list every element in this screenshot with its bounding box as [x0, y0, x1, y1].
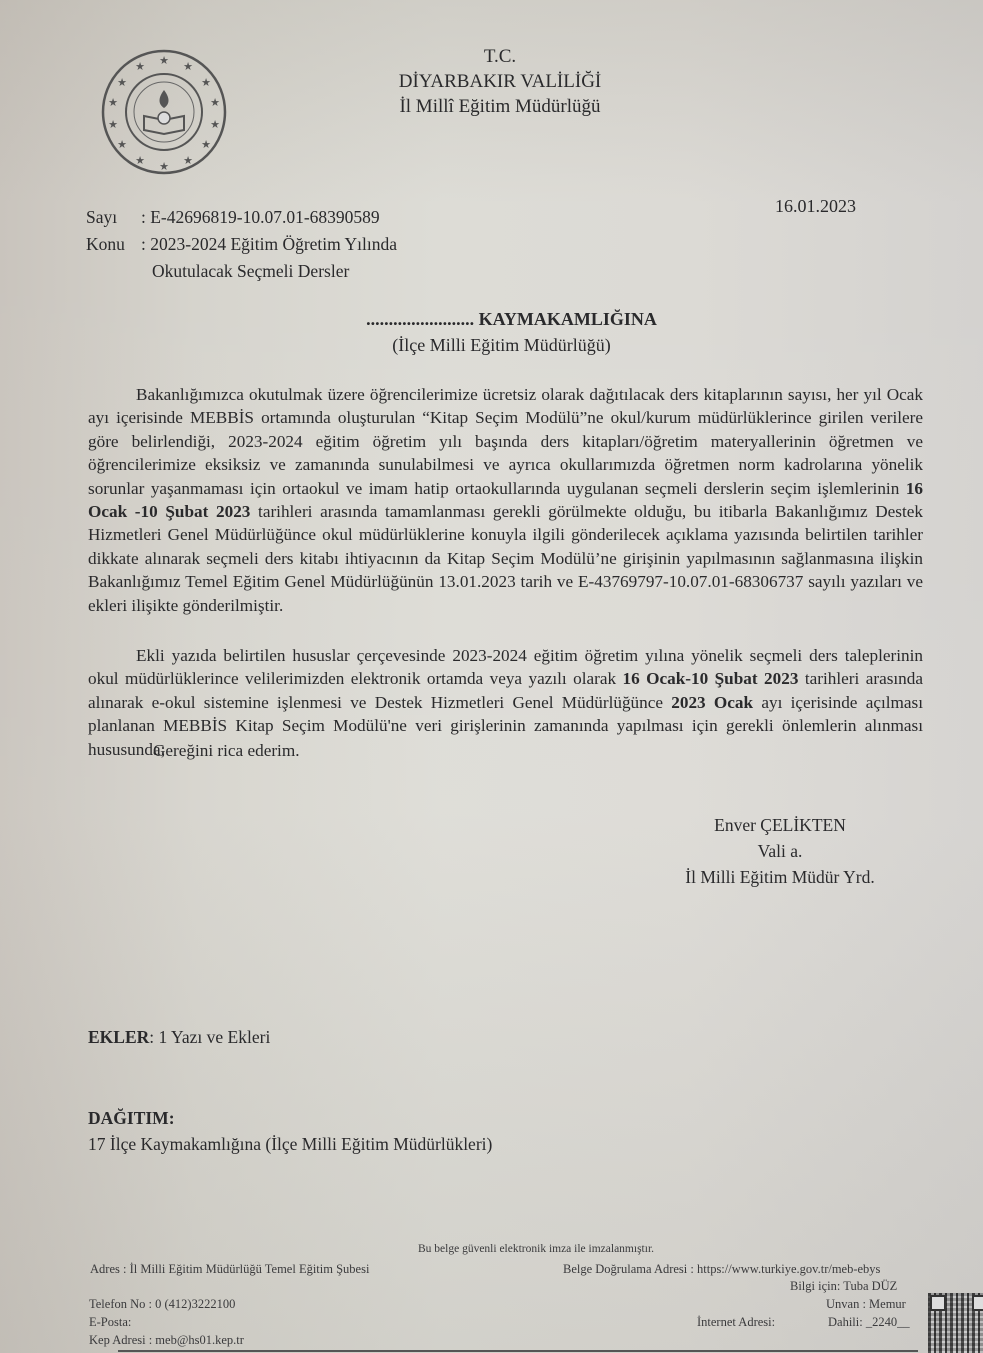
attachments: EKLER: 1 Yazı ve Ekleri — [88, 1027, 270, 1048]
svg-text:★: ★ — [210, 97, 220, 109]
svg-text:★: ★ — [117, 77, 127, 89]
body-paragraph-1: Bakanlığımızca okutulmak üzere öğrencile… — [88, 383, 923, 617]
letterhead-directorate: İl Millî Eğitim Müdürlüğü — [380, 94, 620, 119]
konu-label: Konu — [86, 231, 141, 258]
letterhead-country: T.C. — [380, 44, 620, 69]
addressee: ........................ KAYMAKAMLIĞINA … — [0, 306, 983, 358]
esign-note: Bu belge güvenli elektronik imza ile imz… — [418, 1243, 654, 1255]
signer-role-1: Vali a. — [640, 838, 920, 864]
svg-text:★: ★ — [108, 119, 118, 131]
konu-continuation: Okutulacak Seçmeli Dersler — [86, 258, 397, 285]
footer-divider — [118, 1350, 918, 1352]
footer-email: E-Posta: — [89, 1315, 131, 1330]
signer-role-2: İl Milli Eğitim Müdür Yrd. — [640, 864, 920, 890]
signature-block: Enver ÇELİKTEN Vali a. İl Milli Eğitim M… — [640, 812, 920, 890]
footer-internet: İnternet Adresi: — [697, 1315, 775, 1330]
svg-text:★: ★ — [210, 119, 220, 131]
document-date: 16.01.2023 — [775, 196, 856, 217]
signer-name: Enver ÇELİKTEN — [640, 812, 920, 838]
svg-text:★: ★ — [183, 155, 193, 167]
svg-text:★: ★ — [201, 139, 211, 151]
letterhead-governorship: DİYARBAKIR VALİLİĞİ — [380, 69, 620, 94]
distribution-title: DAĞITIM: — [88, 1108, 175, 1129]
svg-text:★: ★ — [159, 161, 169, 173]
svg-text:★: ★ — [159, 55, 169, 67]
qr-code-icon — [928, 1293, 983, 1353]
addressee-subtitle: (İlçe Milli Eğitim Müdürlüğü) — [0, 332, 983, 358]
svg-text:★: ★ — [117, 139, 127, 151]
footer-verification-url[interactable]: Belge Doğrulama Adresi : https://www.tur… — [563, 1262, 880, 1277]
footer-address: Adres : İl Milli Eğitim Müdürlüğü Temel … — [90, 1262, 369, 1277]
p1-text-a: Bakanlığımızca okutulmak üzere öğrencile… — [88, 385, 923, 498]
letterhead: T.C. DİYARBAKIR VALİLİĞİ İl Millî Eğitim… — [380, 44, 620, 119]
footer-title: Unvan : Memur — [826, 1297, 906, 1312]
svg-text:★: ★ — [201, 77, 211, 89]
footer-info-contact: Bilgi için: Tuba DÜZ — [790, 1279, 897, 1294]
attachments-label: EKLER — [88, 1027, 149, 1047]
footer-kep: Kep Adresi : meb@hs01.kep.tr — [89, 1333, 244, 1348]
addressee-title: ........................ KAYMAKAMLIĞINA — [0, 306, 983, 332]
svg-text:★: ★ — [135, 155, 145, 167]
svg-text:★: ★ — [135, 61, 145, 73]
sayi-value: : E-42696819-10.07.01-68390589 — [141, 207, 380, 227]
svg-text:★: ★ — [183, 61, 193, 73]
p2-date-range: 16 Ocak-10 Şubat 2023 — [623, 669, 799, 688]
meb-seal-icon: ★ ★ ★ ★ ★ ★ ★ ★ ★ ★ ★ ★ ★ ★ — [100, 46, 228, 178]
p2-month: 2023 Ocak — [671, 693, 753, 712]
konu-value: : 2023-2024 Eğitim Öğretim Yılında — [141, 234, 397, 254]
sayi-label: Sayı — [86, 204, 141, 231]
distribution-item: 17 İlçe Kaymakamlığına (İlçe Milli Eğiti… — [88, 1134, 492, 1155]
svg-text:★: ★ — [108, 97, 118, 109]
attachments-value: : 1 Yazı ve Ekleri — [149, 1027, 270, 1047]
footer-extension: Dahili: _2240__ — [828, 1315, 910, 1330]
closing-line: Gereğini rica ederim. — [153, 741, 300, 761]
document-meta: Sayı: E-42696819-10.07.01-68390589 Konu:… — [86, 204, 397, 285]
footer-phone: Telefon No : 0 (412)3222100 — [89, 1297, 235, 1312]
